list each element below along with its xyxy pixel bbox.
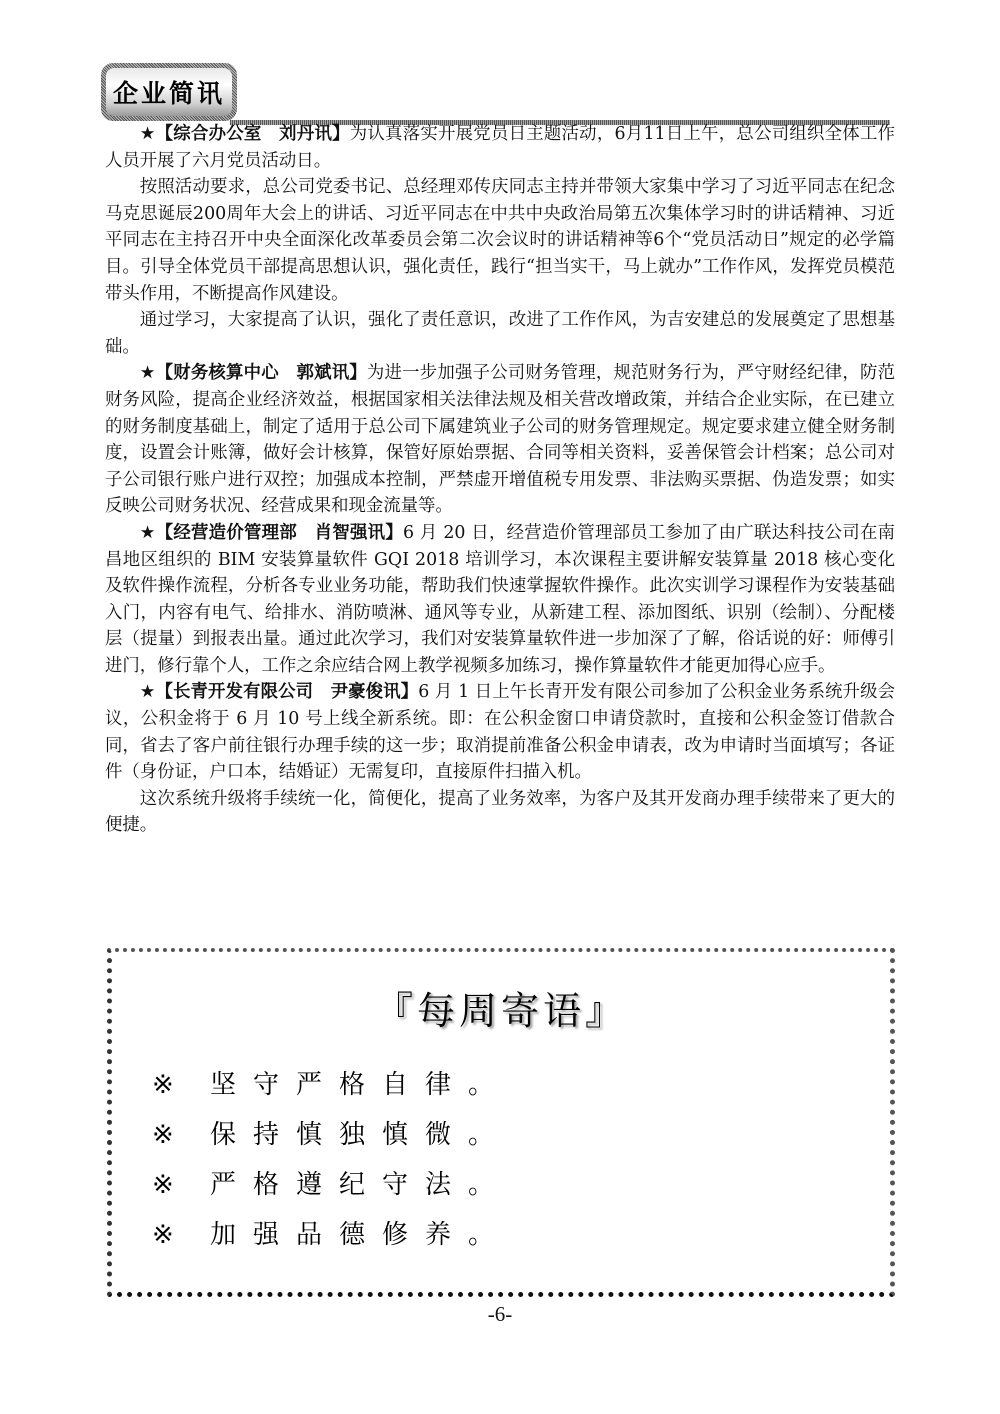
article-1-para-2: 按照活动要求，总公司党委书记、总经理邓传庆同志主持并带领大家集中学习了习近平同志… — [105, 174, 895, 307]
motto-title: 『每周寄语』 — [112, 980, 890, 1035]
article-2-para-1: ★【财务核算中心 郭斌讯】为进一步加强子公司财务管理，规范财务行为，严守财经纪律… — [105, 360, 895, 520]
section-header-plate: 企业简讯 — [106, 68, 232, 116]
motto-list: ※坚守严格自律。 ※保持慎独慎微。 ※严格遵纪守法。 ※加强品德修养。 — [152, 1060, 511, 1260]
article-3-lead: ★【经营造价管理部 肖智强讯】 — [140, 523, 403, 543]
reference-mark-icon: ※ — [152, 1160, 210, 1210]
article-3-para-1: ★【经营造价管理部 肖智强讯】6 月 20 日，经营造价管理部员工参加了由广联达… — [105, 520, 895, 680]
motto-item: ※保持慎独慎微。 — [152, 1110, 511, 1160]
reference-mark-icon: ※ — [152, 1210, 210, 1260]
motto-item: ※加强品德修养。 — [152, 1210, 511, 1260]
article-1-para-3: 通过学习，大家提高了认识，强化了责任意识，改进了工作作风，为吉安建总的发展奠定了… — [105, 307, 895, 360]
page-number: -6- — [0, 1302, 1000, 1327]
motto-item: ※坚守严格自律。 — [152, 1060, 511, 1110]
motto-item: ※严格遵纪守法。 — [152, 1160, 511, 1210]
article-4-lead: ★【长青开发有限公司 尹豪俊讯】 — [140, 682, 418, 702]
section-header-tab: 企业简讯 — [101, 63, 237, 121]
weekly-motto-box: 『每周寄语』 ※坚守严格自律。 ※保持慎独慎微。 ※严格遵纪守法。 ※加强品德修… — [107, 948, 895, 1297]
article-4-para-2: 这次系统升级将手续统一化，简便化，提高了业务效率，为客户及其开发商办理手续带来了… — [105, 786, 895, 839]
news-content: ★【综合办公室 刘丹讯】为认真落实开展党员日主题活动，6月11日上午，总公司组织… — [105, 121, 895, 839]
reference-mark-icon: ※ — [152, 1060, 210, 1110]
article-1-lead: ★【综合办公室 刘丹讯】 — [140, 124, 350, 144]
article-4-para-1: ★【长青开发有限公司 尹豪俊讯】6 月 1 日上午长青开发有限公司参加了公积金业… — [105, 679, 895, 785]
article-1-para-1: ★【综合办公室 刘丹讯】为认真落实开展党员日主题活动，6月11日上午，总公司组织… — [105, 121, 895, 174]
section-title: 企业简讯 — [113, 74, 225, 110]
reference-mark-icon: ※ — [152, 1110, 210, 1160]
article-2-lead: ★【财务核算中心 郭斌讯】 — [140, 363, 367, 383]
